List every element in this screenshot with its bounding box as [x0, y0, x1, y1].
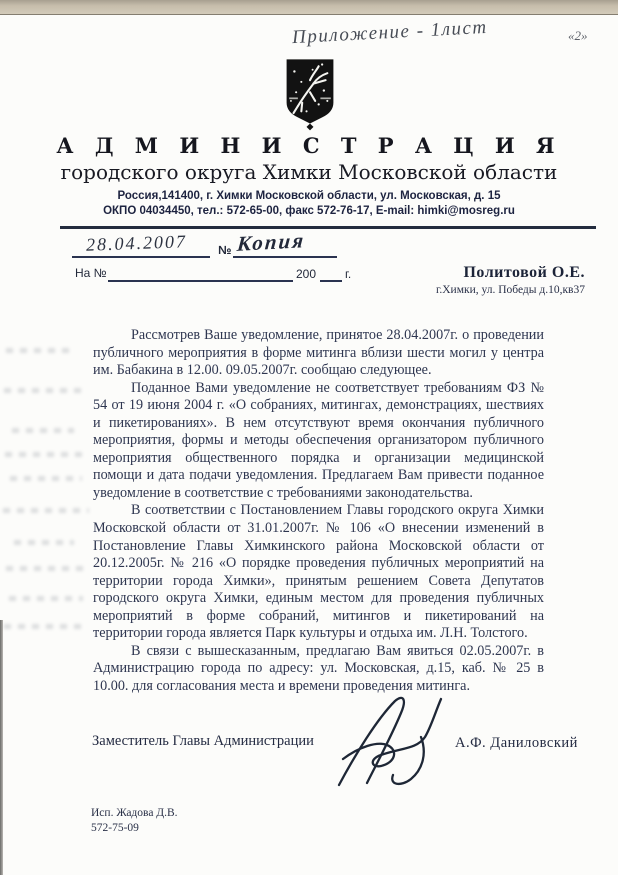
- executor-block: Исп. Жадова Д.В. 572-75-09: [91, 806, 178, 836]
- number-sign-label: №: [218, 243, 231, 257]
- letter-body: Рассмотрев Ваше уведомление, принятое 28…: [93, 327, 544, 695]
- bleed-through-artifact: [9, 596, 83, 601]
- letterhead-divider: [60, 226, 596, 229]
- scanned-letter-page: Приложение - 1лист «2» А Д М И Н И С Т Р…: [0, 0, 618, 875]
- scan-left-edge: [0, 620, 3, 875]
- signatory-title: Заместитель Главы Администрации: [92, 733, 314, 750]
- signatory-name: А.Ф. Даниловский: [455, 735, 578, 752]
- body-paragraph-2: Поданное Вами уведомление не соответству…: [93, 380, 544, 503]
- reply-year-underline: [320, 280, 342, 282]
- body-paragraph-4: В связи с вышесказанным, предлагаю Вам я…: [93, 643, 544, 696]
- addressee-name: Политовой О.Е.: [360, 264, 585, 282]
- reply-year-prefix: 200: [296, 267, 316, 281]
- bleed-through-artifact: [4, 624, 82, 629]
- reply-ref-underline: [108, 280, 293, 282]
- bleed-through-artifact: [3, 508, 89, 513]
- bleed-through-artifact: [10, 476, 82, 481]
- body-paragraph-3: В соответствии с Постановлением Главы го…: [93, 502, 544, 642]
- reply-ref-text: На №: [75, 266, 107, 280]
- body-paragraph-1: Рассмотрев Ваше уведомление, принятое 28…: [93, 327, 544, 380]
- bleed-through-artifact: [5, 452, 85, 457]
- khimki-coat-of-arms-icon: [284, 56, 336, 132]
- org-name-secondary: городского округа Химки Московской облас…: [0, 160, 618, 184]
- bleed-through-artifact: [6, 566, 88, 571]
- handwritten-annotation: Приложение - 1лист: [292, 17, 489, 49]
- addressee-address: г.Химки, ул. Победы д.10,кв37: [360, 284, 585, 296]
- bleed-through-artifact: [6, 348, 76, 353]
- scan-top-edge: [0, 0, 618, 15]
- bleed-through-artifact: [14, 540, 74, 545]
- org-address-line: Россия,141400, г. Химки Московской облас…: [0, 190, 618, 202]
- org-name-primary: А Д М И Н И С Т Р А Ц И Я: [0, 133, 618, 158]
- executor-phone: 572-75-09: [91, 821, 178, 836]
- handwritten-page-number: «2»: [568, 28, 588, 44]
- bleed-through-artifact: [12, 428, 74, 433]
- addressee-block: Политовой О.Е. г.Химки, ул. Победы д.10,…: [360, 264, 585, 296]
- date-underline: [72, 256, 210, 258]
- reply-year-suffix: г.: [345, 267, 351, 281]
- handwritten-date: 28.04.2007: [86, 231, 188, 256]
- number-underline: [233, 256, 337, 258]
- bleed-through-artifact: [4, 388, 88, 393]
- reply-reference-label: На №: [75, 266, 375, 280]
- signature-scribble: [325, 693, 455, 793]
- executor-name: Исп. Жадова Д.В.: [91, 806, 178, 821]
- org-contacts-line: ОКПО 04034450, тел.: 572-65-00, факс 572…: [0, 205, 618, 217]
- handwritten-copy-note: Копия: [236, 228, 306, 257]
